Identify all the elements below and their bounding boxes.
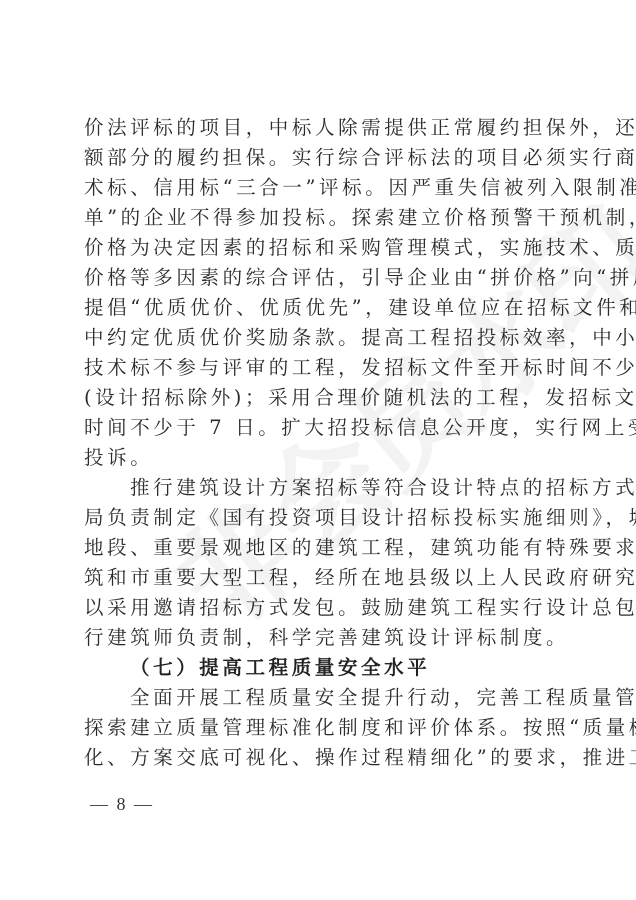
text-line: 行建筑师负责制，科学完善建筑设计评标制度。	[84, 623, 550, 653]
paragraph-2: 推行建筑设计方案招标等符合设计特点的招标方式，市住建 局负责制定《国有投资项目设…	[84, 473, 550, 653]
text-line: 筑和市重要大型工程，经所在地县级以上人民政府研究同意，可	[84, 563, 550, 593]
text-line: 单”的企业不得参加投标。探索建立价格预警干预机制，改变以	[84, 203, 550, 233]
text-line: 额部分的履约担保。实行综合评标法的项目必须实行商务标、技	[84, 143, 550, 173]
text-line: 时间不少于 7 日。扩大招投标信息公开度，实行网上受理异议和	[84, 413, 550, 443]
text-line: 局负责制定《国有投资项目设计招标投标实施细则》，城市重要	[84, 503, 550, 533]
text-line: 投诉。	[84, 443, 550, 473]
section-heading: （七）提高工程质量安全水平	[84, 653, 550, 683]
text-line: 推行建筑设计方案招标等符合设计特点的招标方式，市住建	[84, 473, 550, 503]
document-page: 非会员水印 价法评标的项目，中标人除需提供正常履约担保外，还需提供差 额部分的履…	[0, 0, 636, 900]
text-line: 以采用邀请招标方式发包。鼓励建筑工程实行设计总包。探索试	[84, 593, 550, 623]
text-line: 化、方案交底可视化、操作过程精细化”的要求，推进工程实体	[84, 743, 550, 773]
text-line: 术标、信用标“三合一”评标。因严重失信被列入限制准入“黑名	[84, 173, 550, 203]
text-line: 中约定优质优价奖励条款。提高工程招投标效率，中小型工程且	[84, 323, 550, 353]
text-line: 价格等多因素的综合评估，引导企业由“拼价格”向“拼质量”转变，	[84, 263, 550, 293]
text-line: 提倡“优质优价、优质优先”，建设单位应在招标文件和工程合同	[84, 293, 550, 323]
text-line: (设计招标除外)；采用合理价随机法的工程，发招标文件至开标	[84, 383, 550, 413]
text-line: 全面开展工程质量安全提升行动，完善工程质量管控体系，	[84, 683, 550, 713]
text-line: 技术标不参与评审的工程，发招标文件至开标时间不少于 10 日	[84, 353, 550, 383]
document-body: 价法评标的项目，中标人除需提供正常履约担保外，还需提供差 额部分的履约担保。实行…	[84, 113, 550, 773]
text-line: 价格为决定因素的招标和采购管理模式，实施技术、质量、品牌、	[84, 233, 550, 263]
text-line: 价法评标的项目，中标人除需提供正常履约担保外，还需提供差	[84, 113, 550, 143]
page-number: — 8 —	[90, 792, 154, 816]
paragraph-3: 全面开展工程质量安全提升行动，完善工程质量管控体系， 探索建立质量管理标准化制度…	[84, 683, 550, 773]
text-line: 地段、重要景观地区的建筑工程，建筑功能有特殊要求的公共建	[84, 533, 550, 563]
paragraph-1: 价法评标的项目，中标人除需提供正常履约担保外，还需提供差 额部分的履约担保。实行…	[84, 113, 550, 473]
text-line: 探索建立质量管理标准化制度和评价体系。按照“质量标准样板	[84, 713, 550, 743]
